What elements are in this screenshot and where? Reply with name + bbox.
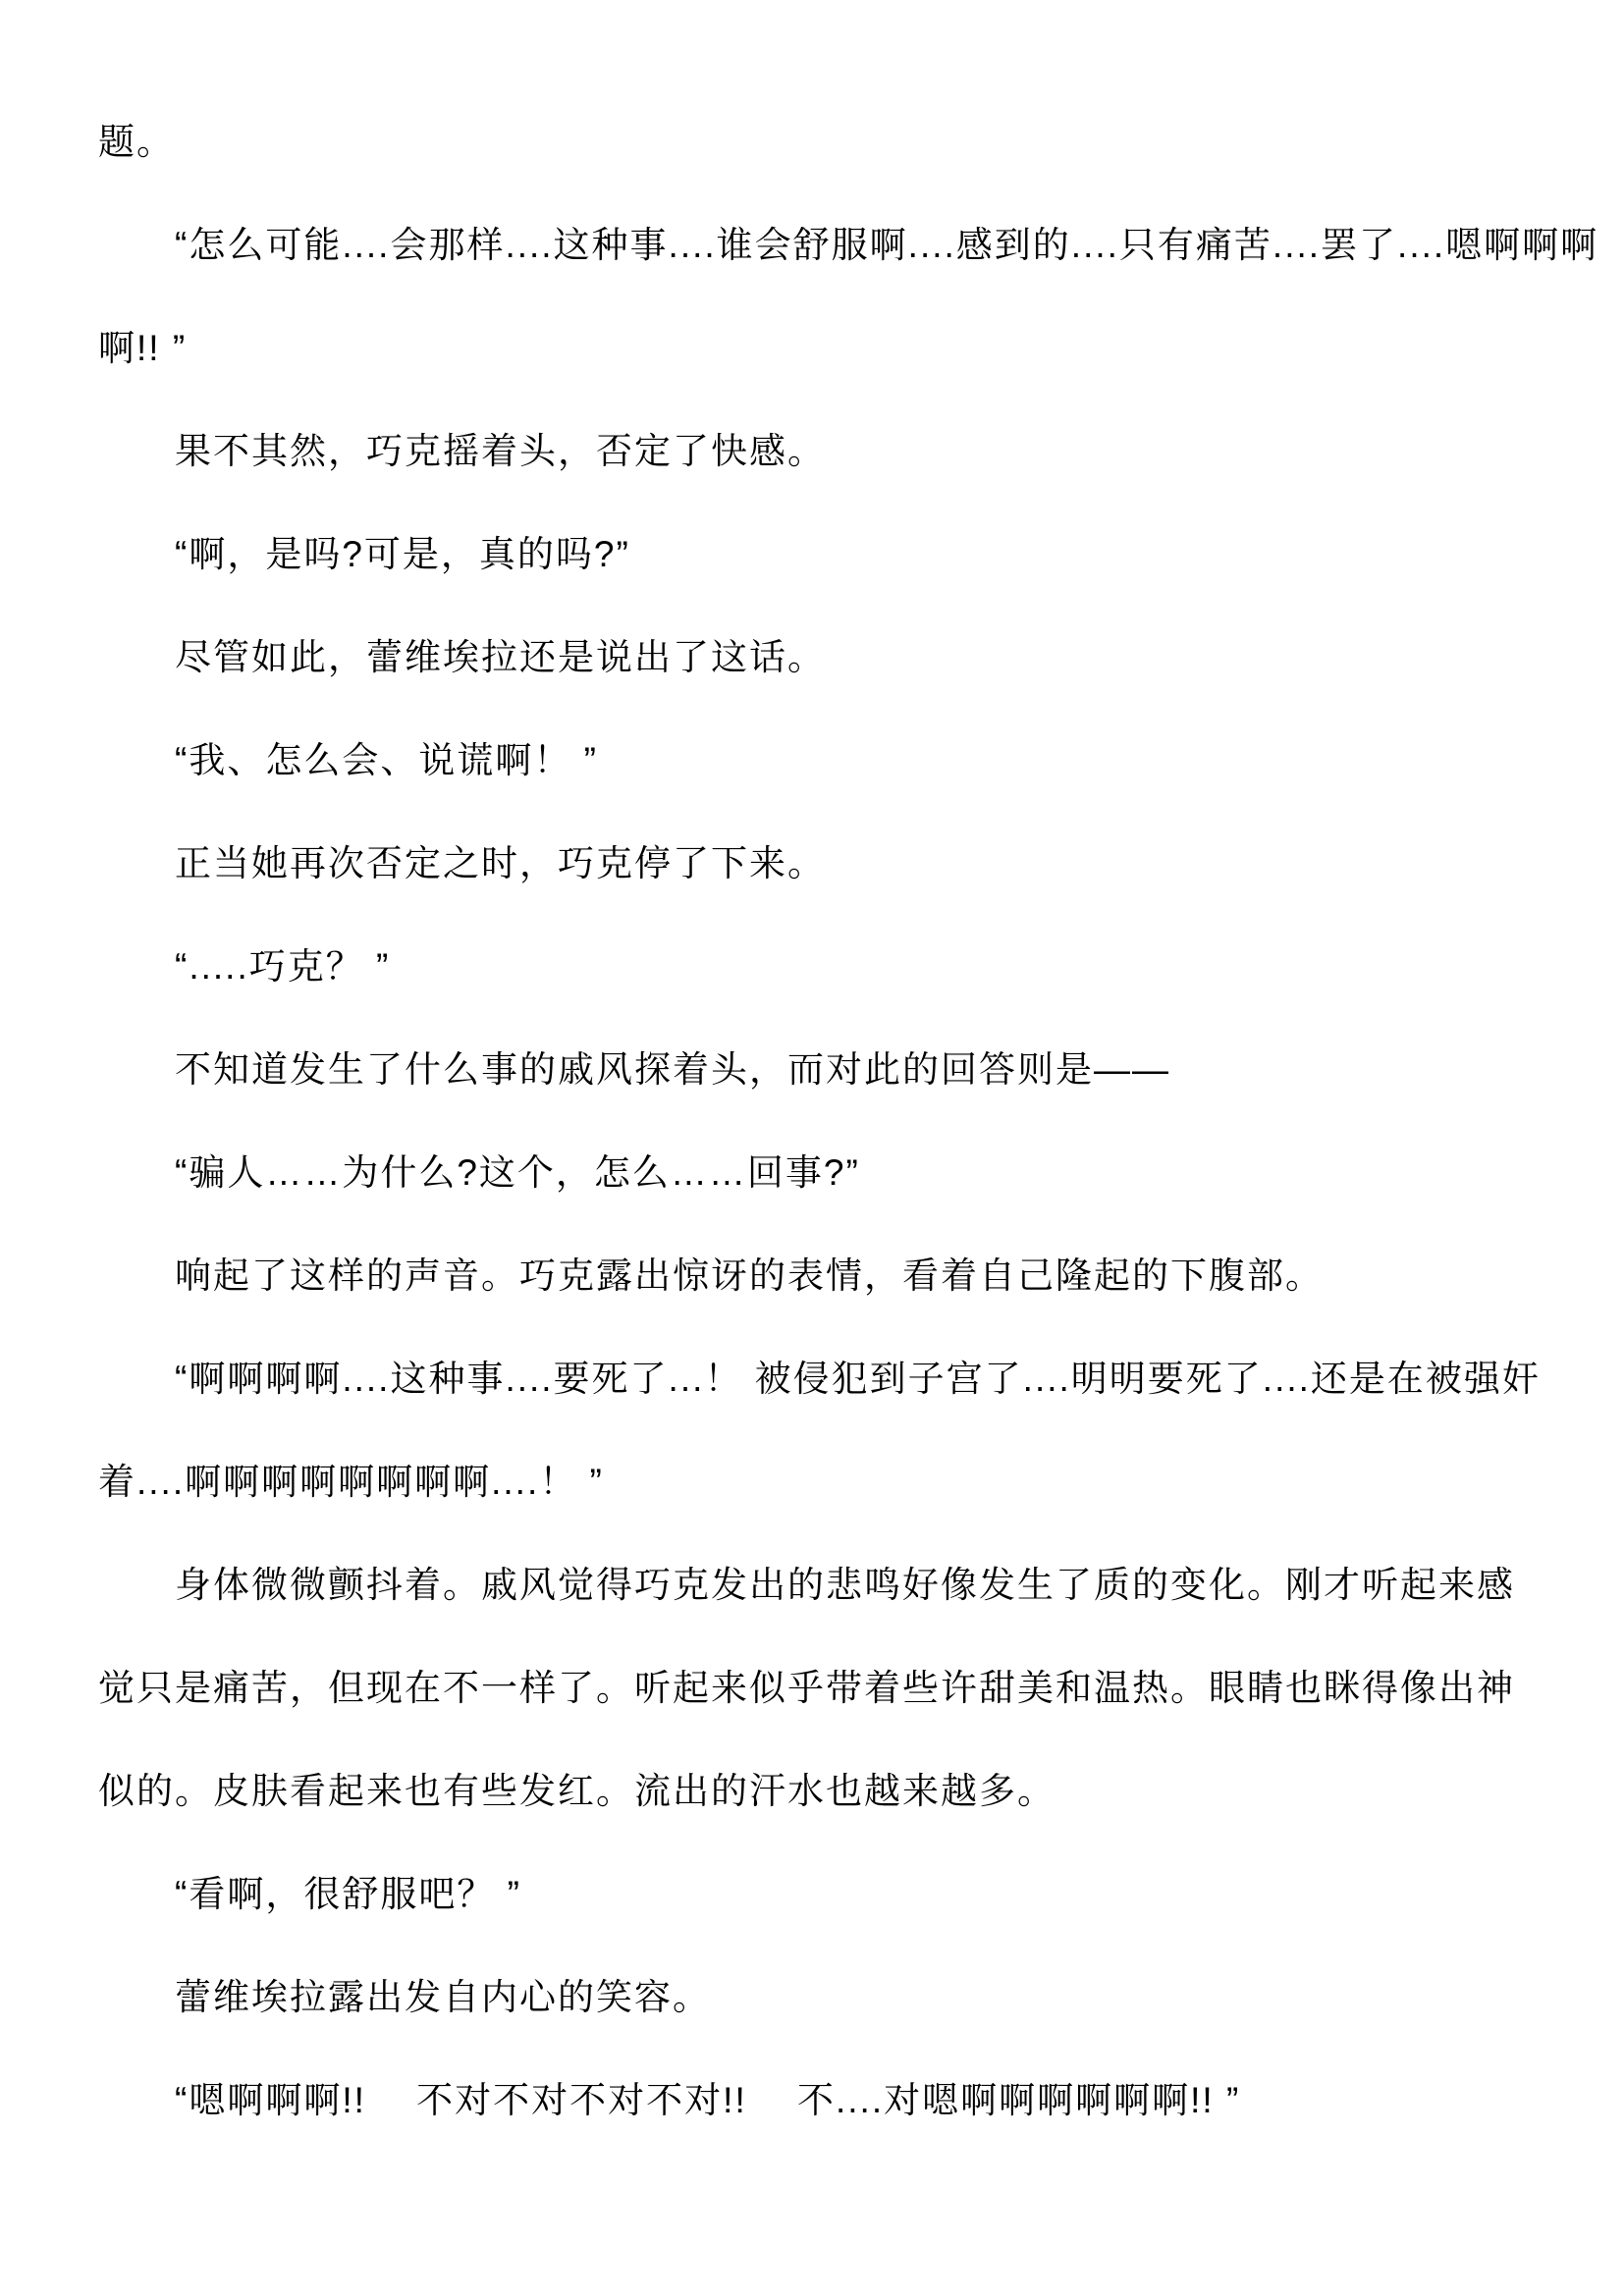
text-line: 果不其然，巧克摇着头，否定了快感。 [98, 400, 1530, 503]
text-line: “看啊，很舒服吧？ ” [98, 1842, 1530, 1946]
text-line: “啊，是吗?可是，真的吗?” [98, 503, 1530, 606]
text-line: 尽管如此，蕾维埃拉还是说出了这话。 [98, 606, 1530, 709]
text-line: 响起了这样的声音。巧克露出惊讶的表情，看着自己隆起的下腹部。 [98, 1224, 1530, 1327]
text-line: 着....啊啊啊啊啊啊啊啊....！ ” [98, 1430, 1530, 1533]
document-page: 题。 “怎么可能....会那样....这种事....谁会舒服啊....感到的..… [0, 0, 1624, 2296]
text-line: “嗯啊啊啊!! 不对不对不对不对!! 不....对嗯啊啊啊啊啊啊!! ” [98, 2049, 1530, 2152]
text-line: “我、怎么会、说谎啊！ ” [98, 709, 1530, 812]
text-line: 题。 [98, 90, 1530, 193]
text-line: “.....巧克？ ” [98, 915, 1530, 1018]
text-line: 身体微微颤抖着。戚风觉得巧克发出的悲鸣好像发生了质的变化。刚才听起来感 [98, 1533, 1530, 1636]
text-line: 似的。皮肤看起来也有些发红。流出的汗水也越来越多。 [98, 1739, 1530, 1842]
text-line: 蕾维埃拉露出发自内心的笑容。 [98, 1946, 1530, 2049]
text-line: 正当她再次否定之时，巧克停了下来。 [98, 812, 1530, 915]
text-line: “啊啊啊啊....这种事....要死了...！ 被侵犯到子宫了....明明要死了… [98, 1327, 1530, 1430]
text-line: 啊!! ” [98, 296, 1530, 400]
text-line: 觉只是痛苦，但现在不一样了。听起来似乎带着些许甜美和温热。眼睛也眯得像出神 [98, 1636, 1530, 1739]
text-line: 不知道发生了什么事的戚风探着头，而对此的回答则是—— [98, 1018, 1530, 1121]
text-line: “怎么可能....会那样....这种事....谁会舒服啊....感到的....只… [98, 193, 1530, 296]
text-line: “骗人……为什么?这个，怎么……回事?” [98, 1121, 1530, 1224]
